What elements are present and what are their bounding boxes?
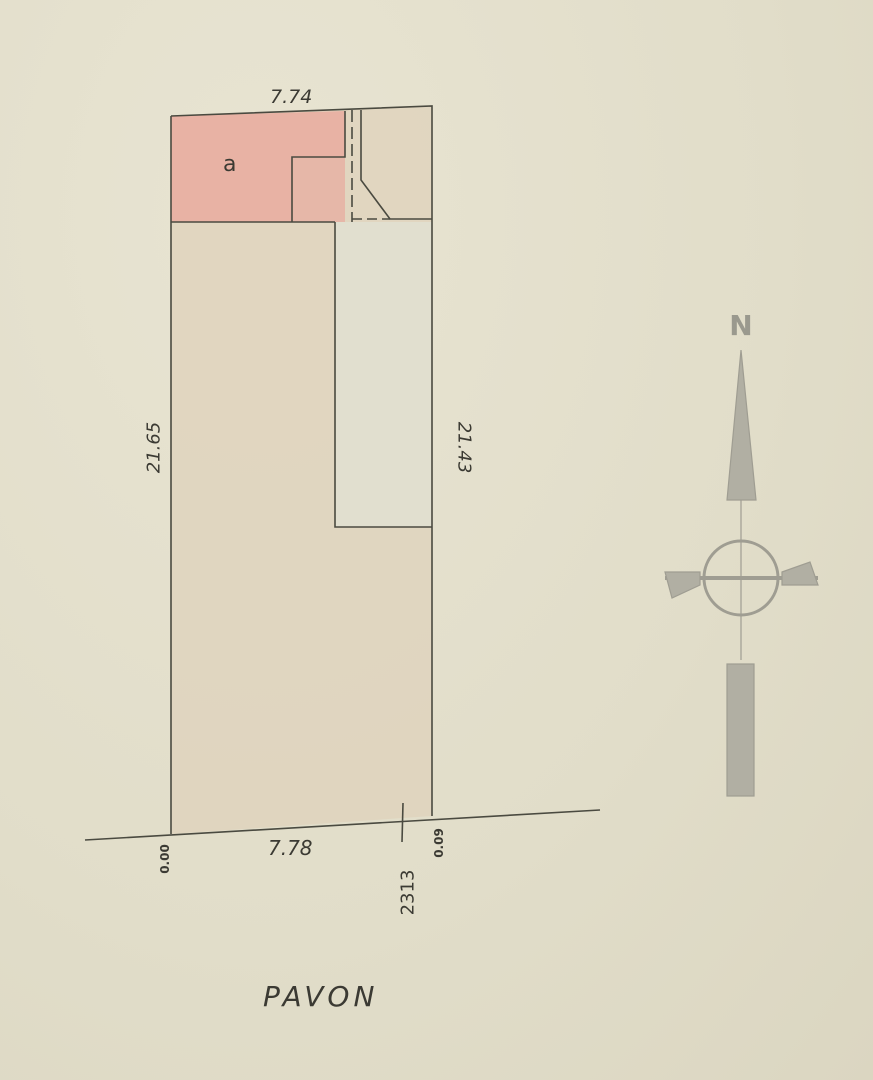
north-arrow-icon (665, 350, 818, 796)
street-number: 2313 (397, 870, 418, 916)
dim-bottom: 7.78 (268, 836, 313, 860)
lot-label: a (223, 152, 236, 177)
open-yard (335, 222, 432, 527)
street-name: PAVON (263, 980, 378, 1013)
dim-top: 7.74 (270, 86, 312, 108)
dim-left: 21.65 (143, 422, 164, 474)
dim-right: 21.43 (453, 422, 474, 474)
corner-left-level: 0.00 (158, 844, 172, 874)
north-label: N (729, 309, 752, 342)
corner-right-level: 0.09 (432, 828, 446, 858)
plot-plan-drawing: N (0, 0, 873, 1080)
